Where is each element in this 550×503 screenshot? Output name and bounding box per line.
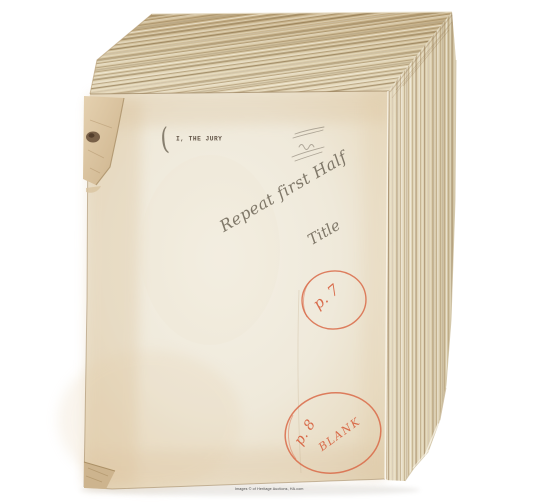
right-page-edges bbox=[386, 12, 456, 481]
typed-title: I, THE JURY bbox=[176, 136, 222, 143]
watermark-caption: Images © of Heritage Auctions, HA.com bbox=[235, 487, 303, 491]
photo-canvas: ( I, THE JURY Repeat first Half Title p.… bbox=[0, 0, 550, 503]
manuscript-stack-photo bbox=[0, 0, 550, 503]
